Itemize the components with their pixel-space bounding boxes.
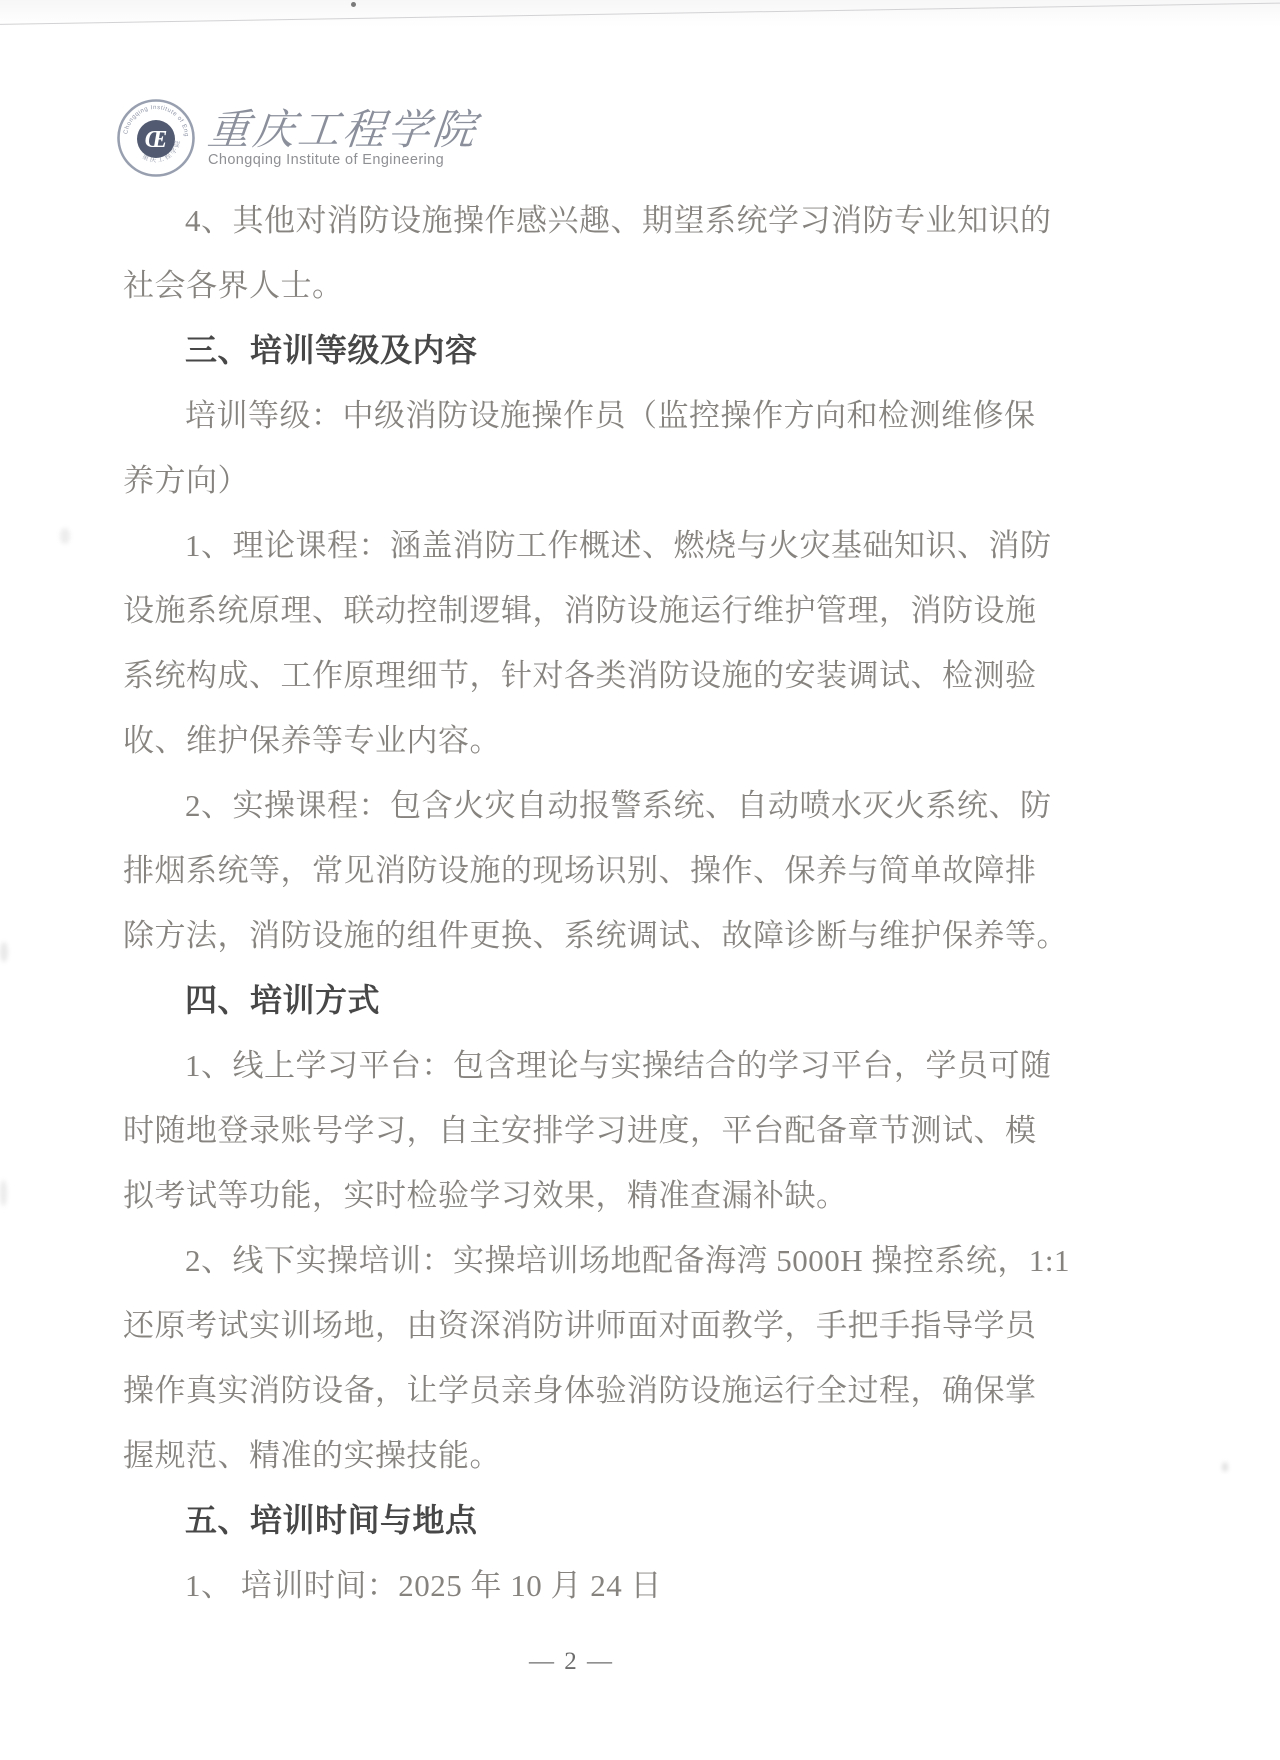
scan-smudge (0, 942, 8, 962)
section-heading: 五、培训时间与地点 (123, 1488, 1020, 1553)
text-line: 时随地登录账号学习，自主安排学习进度，平台配备章节测试、模 (123, 1098, 1020, 1163)
text-line: 1、线上学习平台：包含理论与实操结合的学习平台，学员可随 (123, 1033, 1020, 1098)
text-line: 社会各界人士。 (123, 253, 1020, 318)
university-name-block: 重庆工程学院 Chongqing Institute of Engineerin… (208, 108, 478, 168)
paragraph: 培训等级：中级消防设施操作员（监控操作方向和检测维修保养方向） (123, 383, 1020, 513)
scanned-page: Chongqing Institute of Engineering 重庆工程学… (0, 0, 1280, 1760)
section-heading: 四、培训方式 (123, 968, 1020, 1033)
scan-smudge (1222, 1462, 1228, 1472)
paragraph: 4、其他对消防设施操作感兴趣、期望系统学习消防专业知识的社会各界人士。 (123, 188, 1020, 318)
paragraph: 1、理论课程：涵盖消防工作概述、燃烧与火灾基础知识、消防设施系统原理、联动控制逻… (123, 513, 1020, 773)
text-line: 培训等级：中级消防设施操作员（监控操作方向和检测维修保 (123, 383, 1020, 448)
text-line: 握规范、精准的实操技能。 (123, 1423, 1020, 1488)
text-line: 系统构成、工作原理细节，针对各类消防设施的安装调试、检测验 (123, 643, 1020, 708)
svg-text:Œ: Œ (145, 127, 168, 153)
text-line: 2、实操课程：包含火灾自动报警系统、自动喷水灭火系统、防 (123, 773, 1020, 838)
text-line: 还原考试实训场地，由资深消防讲师面对面教学，手把手指导学员 (123, 1293, 1020, 1358)
letterhead: Chongqing Institute of Engineering 重庆工程学… (116, 98, 478, 178)
text-line: 4、其他对消防设施操作感兴趣、期望系统学习消防专业知识的 (123, 188, 1020, 253)
text-line: 拟考试等功能，实时检验学习效果，精准查漏补缺。 (123, 1163, 1020, 1228)
university-seal-icon: Chongqing Institute of Engineering 重庆工程学… (116, 98, 196, 178)
text-line: 除方法，消防设施的组件更换、系统调试、故障诊断与维护保养等。 (123, 903, 1020, 968)
text-line: 操作真实消防设备，让学员亲身体验消防设施运行全过程，确保掌 (123, 1358, 1020, 1423)
text-line: 1、 培训时间：2025 年 10 月 24 日 (123, 1553, 1020, 1618)
text-line: 排烟系统等，常见消防设施的现场识别、操作、保养与简单故障排 (123, 838, 1020, 903)
text-line: 养方向） (123, 448, 1020, 513)
university-name-zh: 重庆工程学院 (206, 108, 481, 152)
scan-artifact-dot (351, 2, 356, 7)
paragraph: 2、线下实操培训：实操培训场地配备海湾 5000H 操控系统，1:1还原考试实训… (123, 1228, 1020, 1488)
paragraph: 1、 培训时间：2025 年 10 月 24 日 (123, 1553, 1020, 1618)
page-number: — 2 — (529, 1648, 614, 1675)
text-line: 2、线下实操培训：实操培训场地配备海湾 5000H 操控系统，1:1 (123, 1228, 1020, 1293)
paragraph: 1、线上学习平台：包含理论与实操结合的学习平台，学员可随时随地登录账号学习，自主… (123, 1033, 1020, 1228)
scan-smudge (0, 1180, 7, 1206)
text-line: 1、理论课程：涵盖消防工作概述、燃烧与火灾基础知识、消防 (123, 513, 1020, 578)
document-body: 4、其他对消防设施操作感兴趣、期望系统学习消防专业知识的社会各界人士。三、培训等… (123, 188, 1020, 1618)
page-footer: — 2 — (123, 1648, 1020, 1676)
scan-smudge (60, 528, 70, 544)
university-name-en: Chongqing Institute of Engineering (208, 152, 478, 168)
text-line: 收、维护保养等专业内容。 (123, 708, 1020, 773)
scan-top-strip (0, 0, 1280, 30)
paragraph: 2、实操课程：包含火灾自动报警系统、自动喷水灭火系统、防排烟系统等，常见消防设施… (123, 773, 1020, 968)
section-heading: 三、培训等级及内容 (123, 318, 1020, 383)
text-line: 设施系统原理、联动控制逻辑，消防设施运行维护管理，消防设施 (123, 578, 1020, 643)
